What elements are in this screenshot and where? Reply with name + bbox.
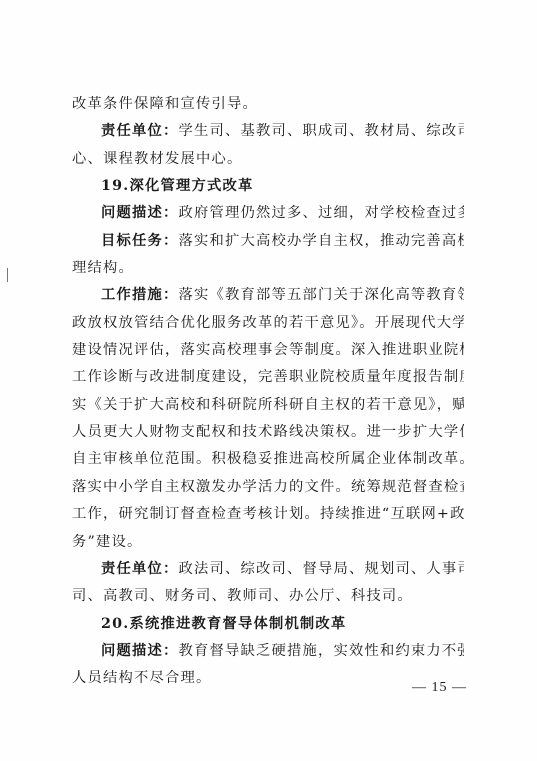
- problem-description-line: 问题描述：政府管理仍然过多、过细，对学校检查过多。: [72, 200, 464, 227]
- field-label: 责任单位：: [101, 561, 178, 577]
- paragraph-line: 实《关于扩大高校和科研院所科研自主权的若干意见》，赋予科研: [72, 392, 464, 419]
- field-text: 落实《教育部等五部门关于深化高等教育领域简: [178, 287, 464, 303]
- paragraph-line: 人员结构不尽合理。: [72, 665, 464, 692]
- problem-description-line: 问题描述：教育督导缺乏硬措施，实效性和约束力不强，机构: [72, 638, 464, 665]
- paragraph-line: 心、课程教材发展中心。: [72, 146, 464, 173]
- field-text: 政法司、综改司、督导局、规划司、人事司、研究生: [178, 561, 464, 577]
- field-text: 学生司、基教司、职成司、教材局、综改司、考试中: [178, 123, 464, 139]
- document-body: 改革条件保障和宣传引导。 责任单位：学生司、基教司、职成司、教材局、综改司、考试…: [72, 91, 464, 693]
- paragraph-line: 理结构。: [72, 255, 464, 282]
- field-label: 问题描述：: [101, 205, 178, 221]
- scan-margin-mark: [7, 268, 8, 282]
- field-label: 责任单位：: [101, 123, 178, 139]
- section-heading-19: 19.深化管理方式改革: [72, 173, 464, 200]
- field-text: 落实和扩大高校办学自主权，推动完善高校内部治: [178, 233, 464, 249]
- field-label: 目标任务：: [101, 233, 178, 249]
- paragraph-line: 工作诊断与改进制度建设，完善职业院校质量年度报告制度。落: [72, 364, 464, 391]
- section-heading-20: 20.系统推进教育督导体制机制改革: [72, 611, 464, 638]
- field-label: 工作措施：: [101, 287, 178, 303]
- responsible-units-line: 责任单位：政法司、综改司、督导局、规划司、人事司、研究生: [72, 556, 464, 583]
- paragraph-line: 政放权放管结合优化服务改革的若干意见》。开展现代大学制度: [72, 310, 464, 337]
- paragraph-line: 工作，研究制订督查检查考核计划。持续推进“互联网+政务服: [72, 501, 464, 528]
- paragraph-line: 改革条件保障和宣传引导。: [72, 91, 464, 118]
- field-text: 政府管理仍然过多、过细，对学校检查过多。: [178, 205, 464, 221]
- paragraph-line: 建设情况评估，落实高校理事会等制度。深入推进职业院校教学: [72, 337, 464, 364]
- target-task-line: 目标任务：落实和扩大高校办学自主权，推动完善高校内部治: [72, 228, 464, 255]
- paragraph-line: 人员更大人财物支配权和技术路线决策权。进一步扩大学位授权: [72, 419, 464, 446]
- page-number: — 15 —: [412, 680, 467, 696]
- field-text: 教育督导缺乏硬措施，实效性和约束力不强，机构: [178, 643, 464, 659]
- field-label: 问题描述：: [101, 643, 178, 659]
- paragraph-line: 自主审核单位范围。积极稳妥推进高校所属企业体制改革。制订: [72, 446, 464, 473]
- paragraph-line: 落实中小学自主权激发办学活力的文件。统筹规范督查检查考核: [72, 474, 464, 501]
- responsible-units-line: 责任单位：学生司、基教司、职成司、教材局、综改司、考试中: [72, 118, 464, 145]
- paragraph-line: 司、高教司、财务司、教师司、办公厅、科技司。: [72, 583, 464, 610]
- work-measures-line: 工作措施：落实《教育部等五部门关于深化高等教育领域简: [72, 282, 464, 309]
- document-page: 改革条件保障和宣传引导。 责任单位：学生司、基教司、职成司、教材局、综改司、考试…: [0, 0, 537, 761]
- paragraph-line: 务”建设。: [72, 529, 464, 556]
